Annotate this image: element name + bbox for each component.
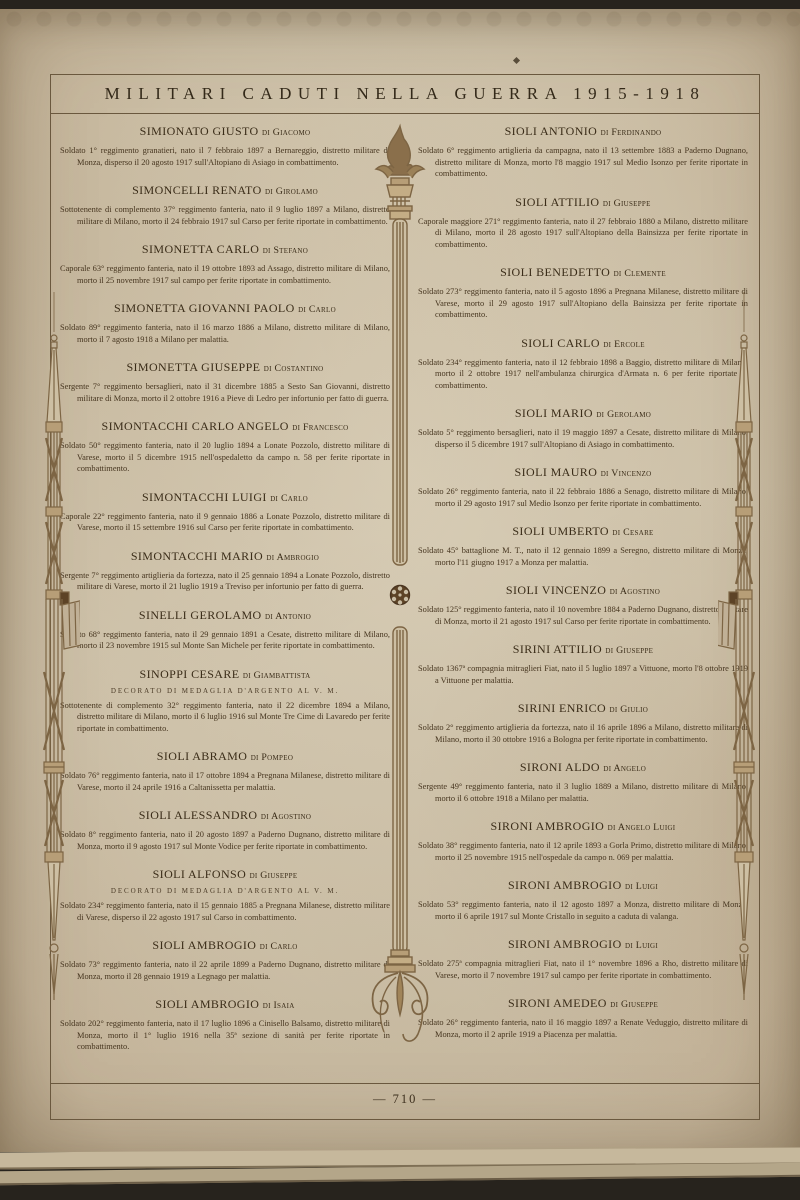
memorial-entry: SIOLI VINCENZO di Agostino Soldato 125° … bbox=[418, 583, 748, 627]
entry-text: Soldato 5° reggimento bersaglieri, nato … bbox=[418, 427, 748, 450]
entry-text: Soldato 1367ª compagnia mitraglieri Fiat… bbox=[418, 663, 748, 686]
memorial-entry: SIRONI AMEDEO di Giuseppe Soldato 26° re… bbox=[418, 996, 748, 1040]
entry-text: Soldato 73° reggimento fanteria, nato il… bbox=[60, 959, 390, 982]
soldier-name: SIMONETTA GIUSEPPE di Costantino bbox=[60, 360, 390, 375]
left-column: SIMIONATO GIUSTO di Giacomo Soldato 1° r… bbox=[60, 124, 390, 1068]
memorial-entry: SIOLI UMBERTO di Cesare Soldato 45° batt… bbox=[418, 524, 748, 568]
soldier-name: SINELLI GEROLAMO di Antonio bbox=[60, 608, 390, 623]
memorial-entry: SIOLI ABRAMO di Pompeo Soldato 76° reggi… bbox=[60, 749, 390, 793]
decoration-line: DECORATO DI MEDAGLIA D'ARGENTO AL V. M. bbox=[60, 687, 390, 695]
memorial-entry: SIOLI ALESSANDRO di Agostino Soldato 8° … bbox=[60, 808, 390, 852]
soldier-name: SIRONI AMBROGIO di Luigi bbox=[418, 878, 748, 893]
soldier-name: SIOLI ABRAMO di Pompeo bbox=[60, 749, 390, 764]
soldier-name: SIOLI ATTILIO di Giuseppe bbox=[418, 195, 748, 210]
entry-text: Sergente 7° reggimento artiglieria da fo… bbox=[60, 570, 390, 593]
decoration-line: DECORATO DI MEDAGLIA D'ARGENTO AL V. M. bbox=[60, 887, 390, 895]
soldier-name: SIOLI BENEDETTO di Clemente bbox=[418, 265, 748, 280]
soldier-name: SIOLI MARIO di Gerolamo bbox=[418, 406, 748, 421]
memorial-entry: SIOLI ANTONIO di Ferdinando Soldato 6° r… bbox=[418, 124, 748, 180]
entry-text: Soldato 53° reggimento fanteria, nato il… bbox=[418, 899, 748, 922]
entry-text: Soldato 38° reggimento fanteria, nato il… bbox=[418, 840, 748, 863]
memorial-entry: SIOLI AMBROGIO di Isaia Soldato 202° reg… bbox=[60, 997, 390, 1053]
entry-text: Soldato 89° reggimento fanteria, nato il… bbox=[60, 322, 390, 345]
memorial-entry: SIRONI ALDO di Angelo Sergente 49° reggi… bbox=[418, 760, 748, 804]
footer-band: — 710 — bbox=[51, 1083, 759, 1119]
entries-columns: SIMIONATO GIUSTO di Giacomo Soldato 1° r… bbox=[60, 124, 748, 1068]
entry-text: Sergente 7° reggimento bersaglieri, nato… bbox=[60, 381, 390, 404]
entry-text: Soldato 273° reggimento fanteria, nato i… bbox=[418, 286, 748, 321]
soldier-name: SIRONI ALDO di Angelo bbox=[418, 760, 748, 775]
entry-text: Soldato 26° reggimento fanteria, nato il… bbox=[418, 486, 748, 509]
soldier-name: SIOLI ANTONIO di Ferdinando bbox=[418, 124, 748, 139]
entry-text: Soldato 2° reggimento artiglieria da for… bbox=[418, 722, 748, 745]
memorial-entry: SIMONETTA CARLO di Stefano Caporale 63° … bbox=[60, 242, 390, 286]
soldier-name: SIOLI MAURO di Vincenzo bbox=[418, 465, 748, 480]
soldier-name: SIMONETTA GIOVANNI PAOLO di Carlo bbox=[60, 301, 390, 316]
entry-text: Soldato 68° reggimento fanteria, nato il… bbox=[60, 629, 390, 652]
memorial-entry: SIOLI ATTILIO di Giuseppe Caporale maggi… bbox=[418, 195, 748, 251]
page-title: MILITARI CADUTI NELLA GUERRA 1915-1918 bbox=[51, 84, 759, 104]
soldier-name: SIRINI ENRICO di Giulio bbox=[418, 701, 748, 716]
soldier-name: SIOLI AMBROGIO di Isaia bbox=[60, 997, 390, 1012]
soldier-name: SIOLI ALFONSO di Giuseppe bbox=[60, 867, 390, 882]
memorial-entry: SINOPPI CESARE di Giambattista DECORATO … bbox=[60, 667, 390, 735]
memorial-entry: SIOLI MARIO di Gerolamo Soldato 5° reggi… bbox=[418, 406, 748, 450]
memorial-entry: SIOLI MAURO di Vincenzo Soldato 26° regg… bbox=[418, 465, 748, 509]
entry-text: Soldato 8° reggimento fanteria, nato il … bbox=[60, 829, 390, 852]
soldier-name: SIRONI AMBROGIO di Angelo Luigi bbox=[418, 819, 748, 834]
soldier-name: SIMONETTA CARLO di Stefano bbox=[60, 242, 390, 257]
entry-text: Caporale maggiore 271° reggimento fanter… bbox=[418, 216, 748, 251]
soldier-name: SIOLI CARLO di Ercole bbox=[418, 336, 748, 351]
entry-text: Soldato 76° reggimento fanteria, nato il… bbox=[60, 770, 390, 793]
memorial-entry: SIRONI AMBROGIO di Luigi Soldato 53° reg… bbox=[418, 878, 748, 922]
memorial-entry: SIMONTACCHI CARLO ANGELO di Francesco So… bbox=[60, 419, 390, 475]
entry-text: Caporale 63° reggimento fanteria, nato i… bbox=[60, 263, 390, 286]
memorial-entry: SIMONETTA GIOVANNI PAOLO di Carlo Soldat… bbox=[60, 301, 390, 345]
entry-text: Soldato 234° reggimento fanteria, nato i… bbox=[418, 357, 748, 392]
soldier-name: SIOLI ALESSANDRO di Agostino bbox=[60, 808, 390, 823]
entry-text: Soldato 202° reggimento fanteria, nato i… bbox=[60, 1018, 390, 1053]
memorial-entry: SIMIONATO GIUSTO di Giacomo Soldato 1° r… bbox=[60, 124, 390, 168]
entry-text: Sergente 49° reggimento fanteria, nato i… bbox=[418, 781, 748, 804]
entry-text: Sottotenente di complemento 37° reggimen… bbox=[60, 204, 390, 227]
memorial-entry: SIMONTACCHI MARIO di Ambrogio Sergente 7… bbox=[60, 549, 390, 593]
entry-text: Sottotenente di complemento 32° reggimen… bbox=[60, 700, 390, 735]
soldier-name: SIOLI UMBERTO di Cesare bbox=[418, 524, 748, 539]
entry-text: Soldato 275ª compagnia mitraglieri Fiat,… bbox=[418, 958, 748, 981]
right-column: SIOLI ANTONIO di Ferdinando Soldato 6° r… bbox=[418, 124, 748, 1068]
entry-text: Soldato 1° reggimento granatieri, nato i… bbox=[60, 145, 390, 168]
memorial-entry: SIOLI CARLO di Ercole Soldato 234° reggi… bbox=[418, 336, 748, 392]
soldier-name: SIRINI ATTILIO di Giuseppe bbox=[418, 642, 748, 657]
memorial-entry: SIMONCELLI RENATO di Girolamo Sottotenen… bbox=[60, 183, 390, 227]
entry-text: Soldato 26° reggimento fanteria, nato il… bbox=[418, 1017, 748, 1040]
entry-text: Soldato 45° battaglione M. T., nato il 1… bbox=[418, 545, 748, 568]
entry-text: Soldato 50° reggimento fanteria, nato il… bbox=[60, 440, 390, 475]
entry-text: Soldato 234° reggimento fanteria, nato i… bbox=[60, 900, 390, 923]
title-band: MILITARI CADUTI NELLA GUERRA 1915-1918 bbox=[51, 75, 759, 114]
soldier-name: SIMIONATO GIUSTO di Giacomo bbox=[60, 124, 390, 139]
entry-text: Soldato 125° reggimento fanteria, nato i… bbox=[418, 604, 748, 627]
memorial-entry: SIMONETTA GIUSEPPE di Costantino Sergent… bbox=[60, 360, 390, 404]
memorial-entry: SIRONI AMBROGIO di Luigi Soldato 275ª co… bbox=[418, 937, 748, 981]
entry-text: Caporale 22° reggimento fanteria, nato i… bbox=[60, 511, 390, 534]
soldier-name: SINOPPI CESARE di Giambattista bbox=[60, 667, 390, 682]
memorial-entry: SIRONI AMBROGIO di Angelo Luigi Soldato … bbox=[418, 819, 748, 863]
soldier-name: SIMONTACCHI MARIO di Ambrogio bbox=[60, 549, 390, 564]
page-number: — 710 — bbox=[51, 1092, 759, 1107]
soldier-name: SIRONI AMEDEO di Giuseppe bbox=[418, 996, 748, 1011]
soldier-name: SIOLI AMBROGIO di Carlo bbox=[60, 938, 390, 953]
memorial-entry: SIRINI ENRICO di Giulio Soldato 2° reggi… bbox=[418, 701, 748, 745]
soldier-name: SIMONTACCHI LUIGI di Carlo bbox=[60, 490, 390, 505]
soldier-name: SIOLI VINCENZO di Agostino bbox=[418, 583, 748, 598]
soldier-name: SIRONI AMBROGIO di Luigi bbox=[418, 937, 748, 952]
memorial-entry: SIOLI ALFONSO di Giuseppe DECORATO DI ME… bbox=[60, 867, 390, 923]
soldier-name: SIMONTACCHI CARLO ANGELO di Francesco bbox=[60, 419, 390, 434]
memorial-entry: SIRINI ATTILIO di Giuseppe Soldato 1367ª… bbox=[418, 642, 748, 686]
memorial-entry: SINELLI GEROLAMO di Antonio Soldato 68° … bbox=[60, 608, 390, 652]
memorial-entry: SIMONTACCHI LUIGI di Carlo Caporale 22° … bbox=[60, 490, 390, 534]
soldier-name: SIMONCELLI RENATO di Girolamo bbox=[60, 183, 390, 198]
memorial-entry: SIOLI BENEDETTO di Clemente Soldato 273°… bbox=[418, 265, 748, 321]
memorial-entry: SIOLI AMBROGIO di Carlo Soldato 73° regg… bbox=[60, 938, 390, 982]
entry-text: Soldato 6° reggimento artiglieria da cam… bbox=[418, 145, 748, 180]
